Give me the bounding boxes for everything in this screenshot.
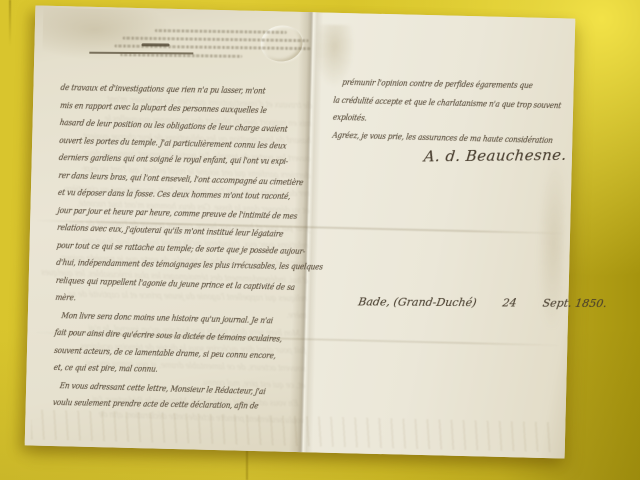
signature: A. d. Beauchesne. — [423, 146, 567, 166]
handwriting-line: voulu seulement prendre acte de cette dé… — [52, 395, 269, 416]
handwritten-text-left: de travaux et d'investigations que rien … — [53, 80, 313, 419]
backdrop-crease-top-left — [9, 0, 11, 46]
dateline-day: 24 — [502, 296, 518, 309]
letter-bifolium: de travaux et d'investigations que rien … — [25, 5, 576, 458]
handwritten-text-right: prémunir l'opinion contre de perfides ég… — [332, 75, 584, 151]
dateline: Bade, (Grand-Duché) 24 Sept. 1850. — [357, 295, 607, 310]
backdrop-crease-bottom — [246, 450, 248, 480]
pencil-smudge — [142, 43, 170, 46]
dateline-place: Bade, (Grand-Duché) — [357, 295, 477, 309]
dateline-date: Sept. 1850. — [542, 297, 608, 310]
